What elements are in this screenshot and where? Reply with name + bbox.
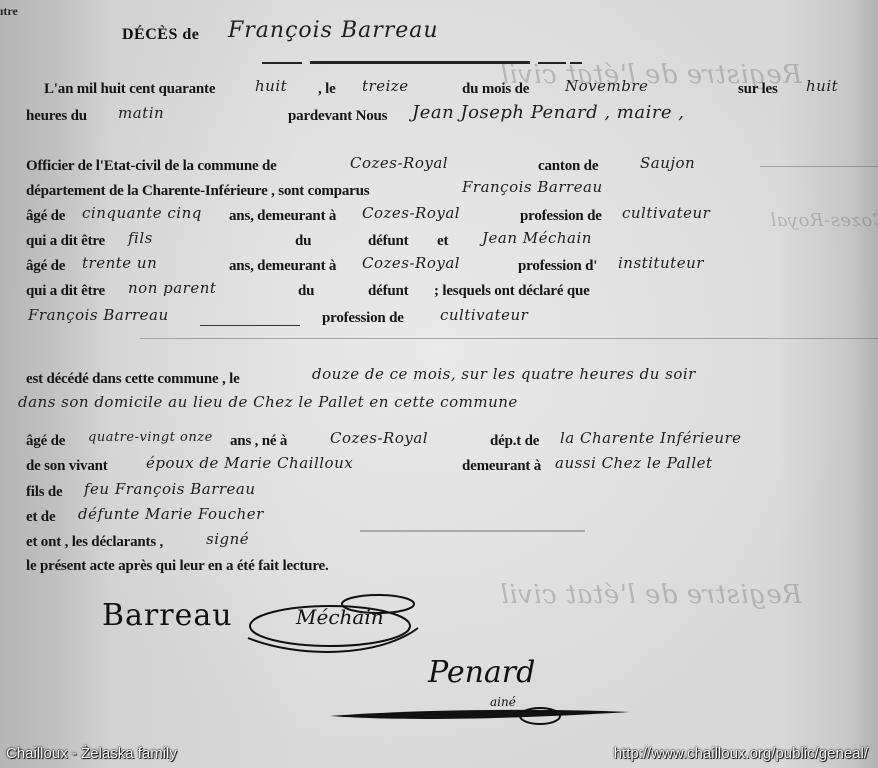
- comparant-name-hand: François Barreau: [462, 178, 603, 196]
- father-name-hand: feu François Barreau: [84, 480, 256, 498]
- printed-text: demeurant à: [462, 458, 541, 475]
- witness2-residence-hand: Cozes-Royal: [362, 254, 460, 272]
- mother-name-hand: défunte Marie Foucher: [78, 505, 264, 523]
- printed-text: de son vivant: [26, 458, 108, 475]
- witness1-residence-hand: Cozes-Royal: [362, 204, 460, 222]
- witness2-age-hand: trente un: [82, 254, 157, 272]
- printed-text: défunt: [368, 233, 408, 250]
- signature-barreau: Barreau: [102, 598, 233, 633]
- bleed-through-text: Registre de l'état civil: [500, 580, 802, 610]
- signature-underline-flourish-icon: [330, 700, 630, 730]
- printed-text: profession de: [520, 208, 602, 225]
- spouse-hand: époux de Marie Chailloux: [146, 454, 353, 472]
- title-printed: DÉCÈS de: [122, 26, 199, 43]
- witness2-name-hand: Jean Méchain: [482, 229, 592, 247]
- printed-text: et de: [26, 509, 55, 526]
- record-title: DÉCÈS de: [122, 26, 199, 44]
- deceased-residence-hand: aussi Chez le Pallet: [555, 454, 713, 472]
- printed-text: Officier de l'Etat-civil de la commune d…: [26, 158, 277, 175]
- title-ornament-rule: [262, 60, 582, 66]
- printed-text: qui a dit être: [26, 233, 105, 250]
- birthplace-hand: Cozes-Royal: [330, 429, 428, 447]
- printed-text: et: [437, 233, 448, 250]
- printed-text: profession de: [322, 310, 404, 327]
- deceased-title-name: François Barreau: [228, 18, 439, 43]
- hour-hand: huit: [806, 77, 838, 95]
- canton-hand: Saujon: [640, 154, 695, 172]
- printed-text: L'an mil huit cent quarante: [44, 81, 215, 98]
- printed-text: du: [295, 233, 311, 250]
- printed-text: et ont , les déclarants ,: [26, 534, 163, 551]
- witness1-profession-hand: cultivateur: [622, 204, 710, 222]
- printed-text: département de la Charente-Inférieure , …: [26, 183, 369, 200]
- printed-text: ; lesquels ont déclaré que: [434, 283, 590, 300]
- time-of-day-hand: matin: [118, 104, 164, 122]
- printed-text: dép.t de: [490, 433, 539, 450]
- printed-text: fils de: [26, 484, 63, 501]
- day-hand: treize: [362, 77, 409, 95]
- cropped-text-fragment: ıtre: [0, 4, 18, 19]
- deceased-profession-hand: cultivateur: [440, 306, 528, 324]
- witness1-age-hand: cinquante cinq: [82, 204, 202, 222]
- month-hand: Novembre: [565, 77, 648, 95]
- deceased-name-hand: François Barreau: [28, 306, 169, 324]
- scanned-death-record: ıtre Registre de l'état civil Cozes-Roya…: [0, 0, 878, 768]
- printed-text: heures du: [26, 108, 87, 125]
- printed-text: qui a dit être: [26, 283, 105, 300]
- department-hand: la Charente Inférieure: [560, 429, 742, 447]
- witness2-relation-hand: non parent: [128, 279, 216, 297]
- year-hand: huit: [255, 77, 287, 95]
- printed-text: ans, demeurant à: [229, 258, 336, 275]
- closing-text: le présent acte après qui leur en a été …: [26, 558, 329, 575]
- printed-text: ans, demeurant à: [229, 208, 336, 225]
- signed-hand: signé: [206, 530, 249, 548]
- officer-name-hand: Jean Joseph Penard , maire ,: [412, 102, 685, 123]
- signature-penard: Penard: [428, 655, 535, 690]
- printed-text: est décédé dans cette commune , le: [26, 371, 240, 388]
- printed-text: ans , né à: [230, 433, 287, 450]
- death-place-hand: dans son domicile au lieu de Chez le Pal…: [18, 393, 518, 411]
- printed-text: âgé de: [26, 208, 65, 225]
- death-date-hand: douze de ce mois, sur les quatre heures …: [312, 365, 696, 383]
- printed-text: canton de: [538, 158, 598, 175]
- printed-text: du: [298, 283, 314, 300]
- signature-mechain: Méchain: [296, 605, 384, 629]
- printed-text: âgé de: [26, 258, 65, 275]
- printed-text: profession d': [518, 258, 597, 275]
- printed-text: , le: [318, 81, 336, 98]
- watermark-family: Chailloux - Żelaska family: [6, 745, 177, 762]
- printed-text: âgé de: [26, 433, 65, 450]
- printed-text: sur les: [738, 81, 778, 98]
- commune-hand: Cozes-Royal: [350, 154, 448, 172]
- printed-text: pardevant Nous: [288, 108, 387, 125]
- watermark-url[interactable]: http://www.chailloux.org/public/geneal/: [614, 745, 868, 762]
- witness1-relation-hand: fils: [128, 229, 153, 247]
- bleed-through-text: Cozes-Royal: [770, 210, 878, 231]
- printed-text: défunt: [368, 283, 408, 300]
- witness2-profession-hand: instituteur: [618, 254, 704, 272]
- printed-text: du mois de: [462, 81, 529, 98]
- deceased-age-hand: quatre-vingt onze: [88, 430, 213, 445]
